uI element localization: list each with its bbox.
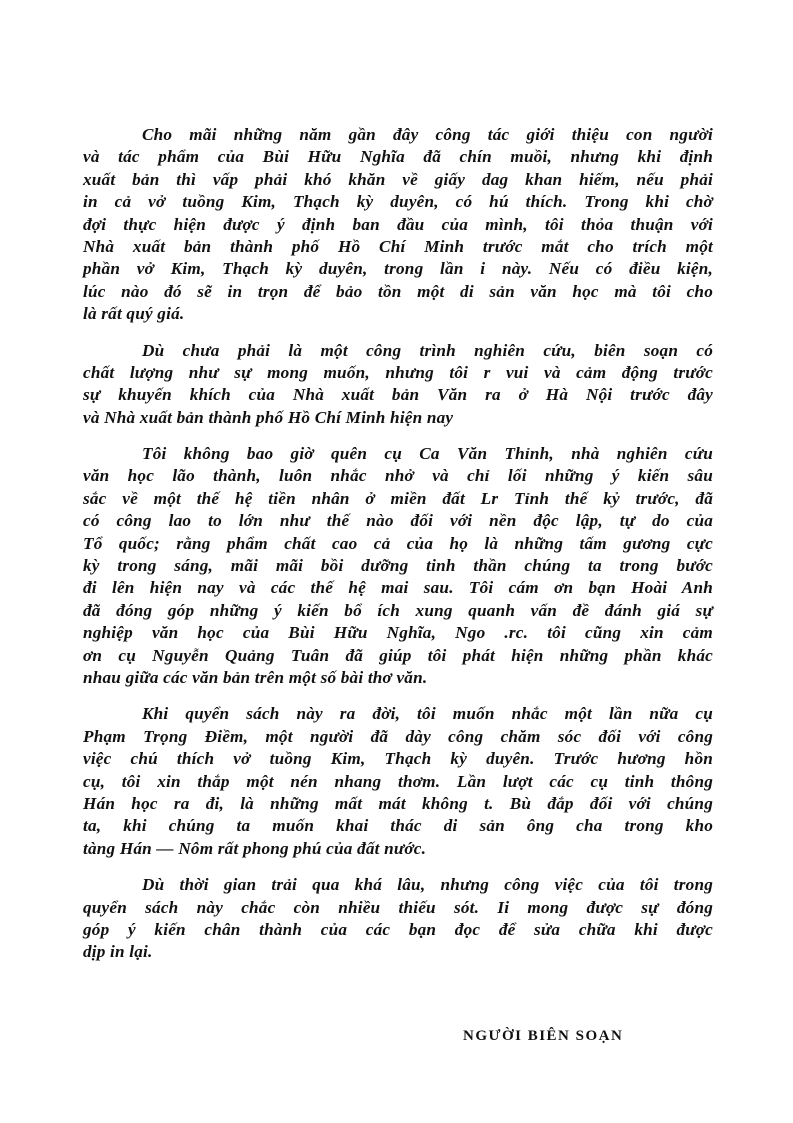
text-line: lúc nào đó sẽ in trọn để bảo tồn một di …: [83, 281, 713, 303]
text-line: nghiệp văn học của Bùi Hữu Nghĩa, Ngo .r…: [83, 622, 713, 644]
text-line: dịp in lại.: [83, 941, 713, 963]
text-line: đi lên hiện nay và các thế hệ mai sau. T…: [83, 577, 713, 599]
paragraph: Dù thời gian trải qua khá lâu, nhưng côn…: [83, 874, 713, 964]
text-line: xuất bản thì vấp phải khó khăn về giấy d…: [83, 169, 713, 191]
text-line: việc chú thích vở tuồng Kim, Thạch kỳ du…: [83, 748, 713, 770]
paragraph: Tôi không bao giờ quên cụ Ca Văn Thỉnh, …: [83, 443, 713, 689]
text-line: đã đóng góp những ý kiến bổ ích xung qua…: [83, 600, 713, 622]
text-line: đợi thực hiện được ý định ban đầu của mì…: [83, 214, 713, 236]
text-line: Khi quyển sách này ra đời, tôi muốn nhắc…: [83, 703, 713, 725]
text-line: văn học lão thành, luôn nhắc nhở và chỉ …: [83, 465, 713, 487]
text-line: ta, khi chúng ta muốn khai thác di sản ô…: [83, 815, 713, 837]
text-line: phần vở Kim, Thạch kỳ duyên, trong lần i…: [83, 258, 713, 280]
paragraph: Cho mãi những năm gần đây công tác giới …: [83, 124, 713, 326]
text-line: kỳ trong sáng, mãi mãi bồi dưỡng tinh th…: [83, 555, 713, 577]
signature: NGƯỜI BIÊN SOẠN: [463, 1028, 623, 1045]
text-line: in cả vở tuồng Kim, Thạch kỳ duyên, có h…: [83, 191, 713, 213]
paragraph: Dù chưa phải là một công trình nghiên cứ…: [83, 340, 713, 430]
text-line: Phạm Trọng Điềm, một người đã dày công c…: [83, 726, 713, 748]
text-line: quyển sách này chắc còn nhiều thiếu sót.…: [83, 897, 713, 919]
text-line: nhau giữa các văn bản trên một số bài th…: [83, 667, 713, 689]
text-line: góp ý kiến chân thành của các bạn đọc để…: [83, 919, 713, 941]
text-line: ơn cụ Nguyễn Quảng Tuân đã giúp tôi phát…: [83, 645, 713, 667]
text-line: Nhà xuất bản thành phố Hồ Chí Minh trước…: [83, 236, 713, 258]
text-line: tàng Hán — Nôm rất phong phú của đất nướ…: [83, 838, 713, 860]
text-line: có công lao to lớn như thế nào đối với n…: [83, 510, 713, 532]
text-line: Tổ quốc; rằng phẩm chất cao cả của họ là…: [83, 533, 713, 555]
text-line: Hán học ra đi, là những mất mát không t.…: [83, 793, 713, 815]
text-line: Cho mãi những năm gần đây công tác giới …: [83, 124, 713, 146]
text-line: là rất quý giá.: [83, 303, 713, 325]
text-line: chất lượng như sự mong muốn, nhưng tôi r…: [83, 362, 713, 384]
text-line: và tác phẩm của Bùi Hữu Nghĩa đã chín mu…: [83, 146, 713, 168]
text-line: Tôi không bao giờ quên cụ Ca Văn Thỉnh, …: [83, 443, 713, 465]
paragraph: Khi quyển sách này ra đời, tôi muốn nhắc…: [83, 703, 713, 860]
text-line: sắc về một thế hệ tiền nhân ở miền đất L…: [83, 488, 713, 510]
text-line: cụ, tôi xin thắp một nén nhang thơm. Lần…: [83, 771, 713, 793]
text-line: và Nhà xuất bản thành phố Hồ Chí Minh hi…: [83, 407, 713, 429]
text-line: Dù chưa phải là một công trình nghiên cứ…: [83, 340, 713, 362]
text-line: sự khuyến khích của Nhà xuất bản Văn ra …: [83, 384, 713, 406]
document-body: Cho mãi những năm gần đây công tác giới …: [83, 124, 713, 978]
text-line: Dù thời gian trải qua khá lâu, nhưng côn…: [83, 874, 713, 896]
